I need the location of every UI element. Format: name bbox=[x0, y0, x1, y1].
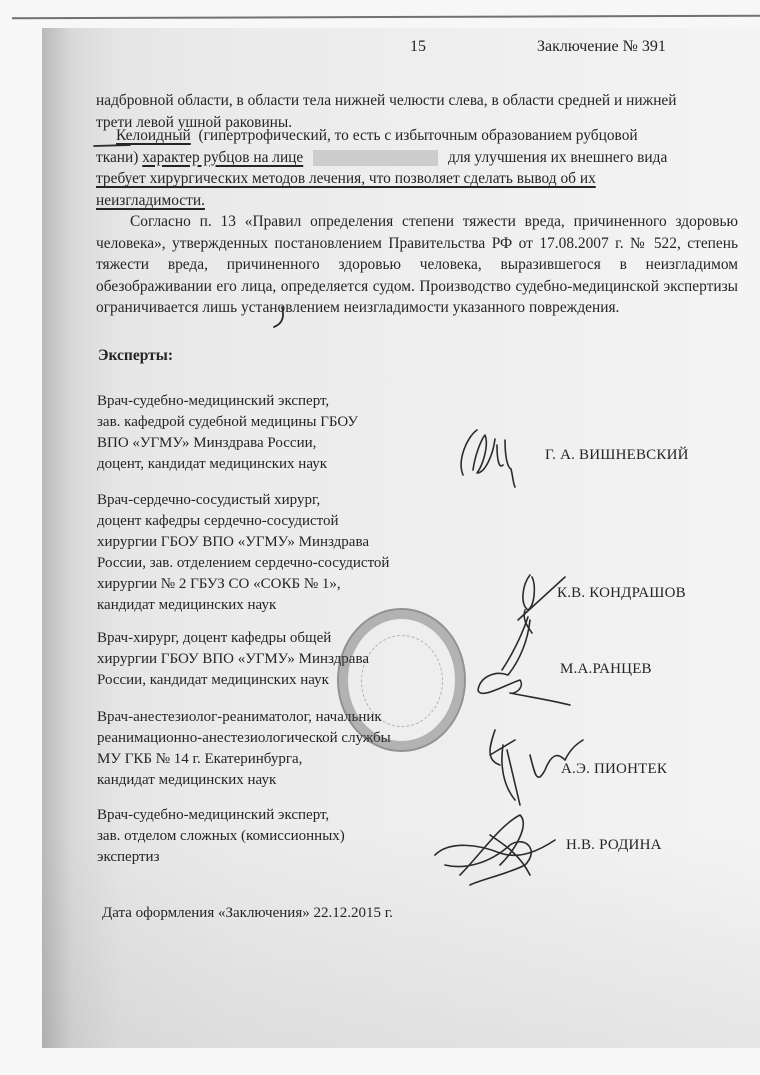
text-fragment: (гипертрофический, то есть с избыточным … bbox=[198, 127, 637, 144]
expert-2-credentials: Врач-сердечно-сосудистый хирург, доцент … bbox=[97, 490, 389, 616]
credential-line: доцент кафедры сердечно-сосудистой bbox=[97, 511, 389, 532]
credential-line: Врач-хирург, доцент кафедры общей bbox=[97, 628, 369, 649]
expert-2-name: К.В. КОНДРАШОВ bbox=[557, 583, 686, 605]
underlined-fragment: характер рубцов на лице bbox=[142, 149, 303, 166]
document-reference: Заключение № 391 bbox=[537, 38, 666, 56]
credential-line: экспертиз bbox=[97, 847, 345, 868]
text-fragment: для улучшения их внешнего вида bbox=[448, 149, 667, 166]
credential-line: хирургии ГБОУ ВПО «УГМУ» Минздрава bbox=[97, 649, 369, 670]
issue-date-line: Дата оформления «Заключения» 22.12.2015 … bbox=[102, 903, 393, 925]
credential-line: кандидат медицинских наук bbox=[97, 595, 389, 616]
underlined-conclusion: неизгладимости. bbox=[96, 192, 205, 209]
stamp-inner-ring bbox=[361, 635, 443, 727]
underlined-line: требует хирургических методов лечения, ч… bbox=[96, 168, 736, 190]
page-edge-line bbox=[12, 15, 760, 20]
credential-line: хирургии ГБОУ ВПО «УГМУ» Минздрава bbox=[97, 532, 389, 553]
expert-5-credentials: Врач-судебно-медицинский эксперт, зав. о… bbox=[97, 805, 345, 868]
credential-line: МУ ГКБ № 14 г. Екатеринбурга, bbox=[97, 749, 391, 770]
handwritten-bracket-mark bbox=[270, 305, 290, 330]
credential-line: Врач-судебно-медицинский эксперт, bbox=[97, 805, 345, 826]
credential-line: ВПО «УГМУ» Минздрава России, bbox=[97, 433, 358, 454]
credential-line: России, зав. отделением сердечно-сосудис… bbox=[97, 553, 389, 574]
paragraph-keloid: Келоидный (гипертрофический, то есть с и… bbox=[96, 125, 736, 211]
signature-5 bbox=[430, 795, 580, 890]
experts-heading: Эксперты: bbox=[98, 345, 173, 367]
credential-line: Врач-сердечно-сосудистый хирург, bbox=[97, 490, 389, 511]
page-number: 15 bbox=[410, 38, 426, 56]
expert-5-name: Н.В. РОДИНА bbox=[566, 835, 662, 857]
official-round-stamp bbox=[337, 608, 466, 752]
expert-1-name: Г. А. ВИШНЕВСКИЙ bbox=[545, 445, 689, 467]
credential-line: зав. отделом сложных (комиссионных) bbox=[97, 826, 345, 847]
credential-line: зав. кафедрой судебной медицины ГБОУ bbox=[97, 412, 358, 433]
signature-1 bbox=[455, 425, 535, 490]
expert-3-credentials: Врач-хирург, доцент кафедры общей хирург… bbox=[97, 628, 369, 691]
signature-3 bbox=[470, 615, 580, 710]
handwritten-underline-mark bbox=[90, 140, 150, 150]
credential-line: кандидат медицинских наук bbox=[97, 770, 391, 791]
text-fragment: ткани) bbox=[96, 149, 138, 166]
redacted-name bbox=[313, 150, 438, 166]
credential-line: хирургии № 2 ГБУЗ СО «СОКБ № 1», bbox=[97, 574, 389, 595]
paragraph-rules-reference: Согласно п. 13 «Правил определения степе… bbox=[96, 211, 738, 319]
credential-line: России, кандидат медицинских наук bbox=[97, 670, 369, 691]
expert-1-credentials: Врач-судебно-медицинский эксперт, зав. к… bbox=[97, 391, 358, 475]
credential-line: доцент, кандидат медицинских наук bbox=[97, 454, 358, 475]
text-line: надбровной области, в области тела нижне… bbox=[96, 90, 736, 112]
credential-line: реанимационно-анестезиологической службы bbox=[97, 728, 391, 749]
credential-line: Врач-судебно-медицинский эксперт, bbox=[97, 391, 358, 412]
